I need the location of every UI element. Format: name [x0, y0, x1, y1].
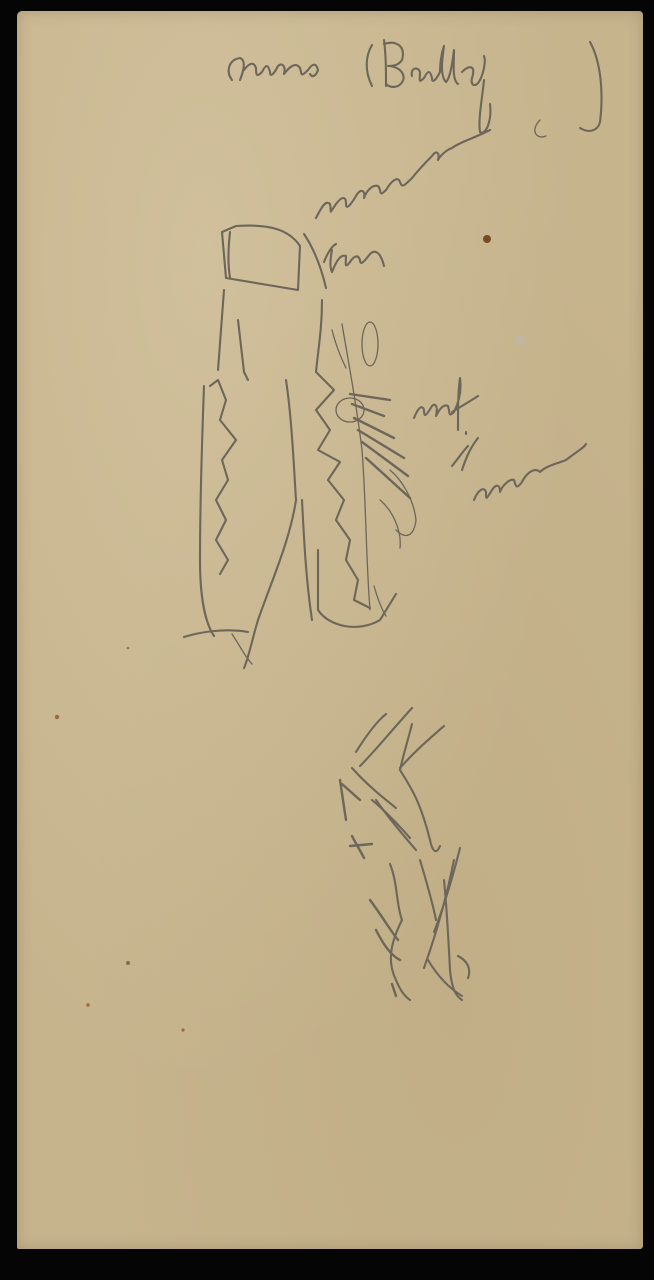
note-right: [414, 378, 586, 500]
note-thus: [304, 234, 384, 288]
upper-figure-sketch: [184, 226, 416, 668]
note-manie: [316, 130, 490, 218]
sketch-canvas: [0, 0, 654, 1280]
title-handwriting: [229, 40, 602, 137]
lower-figure-sketch: [340, 708, 469, 1000]
paper-speckles: [55, 235, 525, 1032]
